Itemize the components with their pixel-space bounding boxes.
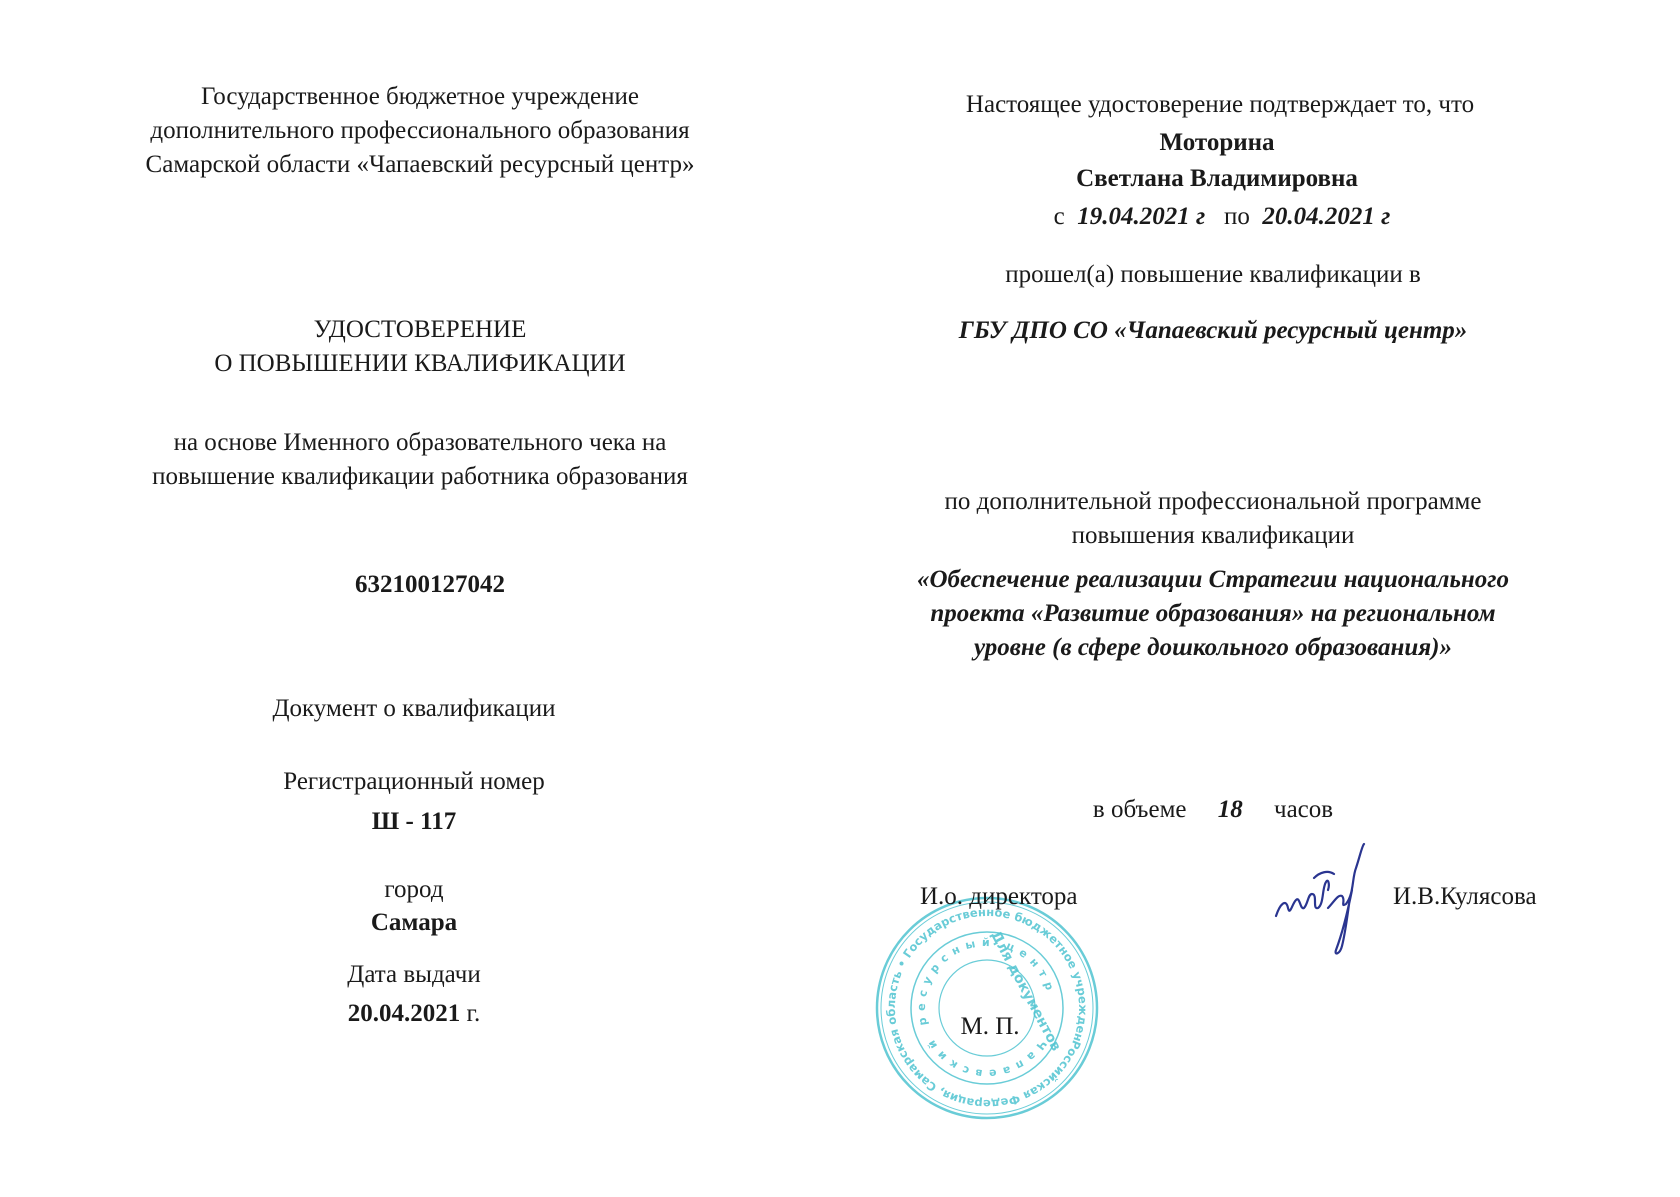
training-volume: в объеме 18 часов [863,793,1563,827]
period-from-date: 19.04.2021 г [1077,203,1205,230]
institution-line: Самарской области «Чапаевский ресурсный … [80,148,760,182]
city-name: Самара [74,906,754,940]
issue-date: 20.04.2021 г. [74,997,754,1031]
program-intro-line: повышения квалификации [863,519,1563,553]
volume-unit: часов [1274,796,1333,823]
basis-line: на основе Именного образовательного чека… [80,426,760,460]
registration-number: Ш - 117 [74,805,754,839]
seal-outer-text: Российская Федерация, Самарская область … [872,893,1102,1123]
organization-name: ГБУ ДПО СО «Чапаевский ресурсный центр» [863,314,1563,348]
volume-label: в объеме [1093,796,1187,823]
document-title-line: О ПОВЫШЕНИИ КВАЛИФИКАЦИИ [80,347,760,381]
training-period: с 19.04.2021 г по 20.04.2021 г [872,200,1572,234]
program-title-line: «Обеспечение реализации Стратегии национ… [863,563,1563,597]
issue-date-value: 20.04.2021 [348,1000,461,1027]
institution-name: Государственное бюджетное учреждение доп… [80,80,760,182]
basis-text: на основе Именного образовательного чека… [80,426,760,494]
holder-given-names: Светлана Владимировна [867,162,1567,196]
issue-date-label: Дата выдачи [74,958,754,992]
completed-text: прошел(а) повышение квалификации в [863,258,1563,292]
institution-line: Государственное бюджетное учреждение [80,80,760,114]
program-title-line: проекта «Развитие образования» на регион… [863,597,1563,631]
institution-line: дополнительного профессионального образо… [80,114,760,148]
seal-placeholder: М. П. [930,1010,1050,1044]
period-to-label: по [1224,203,1250,230]
document-number: 632100127042 [90,568,770,602]
program-title: «Обеспечение реализации Стратегии национ… [863,563,1563,665]
document-title-line: УДОСТОВЕРЕНИЕ [80,313,760,347]
city-label: город [74,873,754,907]
registration-label: Регистрационный номер [74,765,754,799]
period-from-label: с [1054,203,1065,230]
qualification-doc-label: Документ о квалификации [74,692,754,726]
program-intro: по дополнительной профессиональной прогр… [863,485,1563,553]
issue-date-suffix: г. [460,1000,480,1027]
program-title-line: уровне (в сфере дошкольного образования)… [863,631,1563,665]
signatory-role: И.о. директора [920,880,1100,914]
program-intro-line: по дополнительной профессиональной прогр… [863,485,1563,519]
signatory-name: И.В.Кулясова [1393,880,1563,914]
signature-icon [1268,838,1378,958]
holder-surname: Моторина [867,126,1567,160]
period-to-date: 20.04.2021 г [1262,203,1390,230]
official-seal-icon: Российская Федерация, Самарская область … [872,893,1102,1123]
certifies-text: Настоящее удостоверение подтверждает то,… [870,88,1570,122]
volume-hours: 18 [1218,796,1243,823]
svg-text:Российская Федерация, Самарска: Российская Федерация, Самарская область … [872,893,1102,1123]
document-title: УДОСТОВЕРЕНИЕ О ПОВЫШЕНИИ КВАЛИФИКАЦИИ [80,313,760,381]
basis-line: повышение квалификации работника образов… [80,460,760,494]
